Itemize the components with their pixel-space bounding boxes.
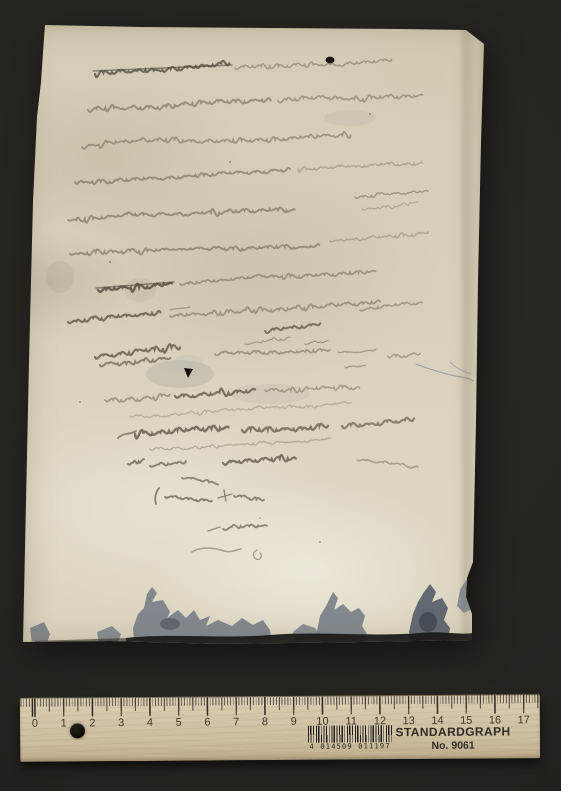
ruler-number: 2 <box>89 717 95 729</box>
ruler-number: 17 <box>518 714 530 726</box>
ruler-model: No. 9061 <box>392 739 514 752</box>
blue-mark <box>416 362 473 381</box>
ruler-number: 6 <box>204 716 210 728</box>
ruler-number: 9 <box>291 716 297 728</box>
ruler-number: 1 <box>61 717 67 729</box>
ruler-number: 3 <box>118 717 124 729</box>
ruler-number: 8 <box>262 716 268 728</box>
page-damage <box>79 57 371 543</box>
ruler-number: 4 <box>147 717 153 729</box>
page-markings-svg <box>20 22 486 646</box>
page-shadow-wrap <box>0 0 561 791</box>
barcode-icon <box>308 725 392 743</box>
ruler-number: 5 <box>176 717 182 729</box>
photo-background: 0 1 2 3 4 5 6 7 8 9 10 11 12 13 14 15 16… <box>0 0 561 791</box>
ruler: 0 1 2 3 4 5 6 7 8 9 10 11 12 13 14 15 16… <box>20 694 540 762</box>
handwriting-layer <box>68 59 428 530</box>
smudge-layer <box>46 110 376 404</box>
ruler-hole <box>70 723 85 738</box>
ruler-number: 7 <box>233 716 239 728</box>
manuscript-page <box>20 22 486 646</box>
ruler-number: 0 <box>32 718 38 730</box>
barcode-digits: 4 014509 011197 <box>300 742 400 751</box>
ruler-brand: STANDARDGRAPH <box>392 724 514 739</box>
ruler-ticks-cm <box>20 695 540 717</box>
ink-stains-layer <box>30 578 474 646</box>
